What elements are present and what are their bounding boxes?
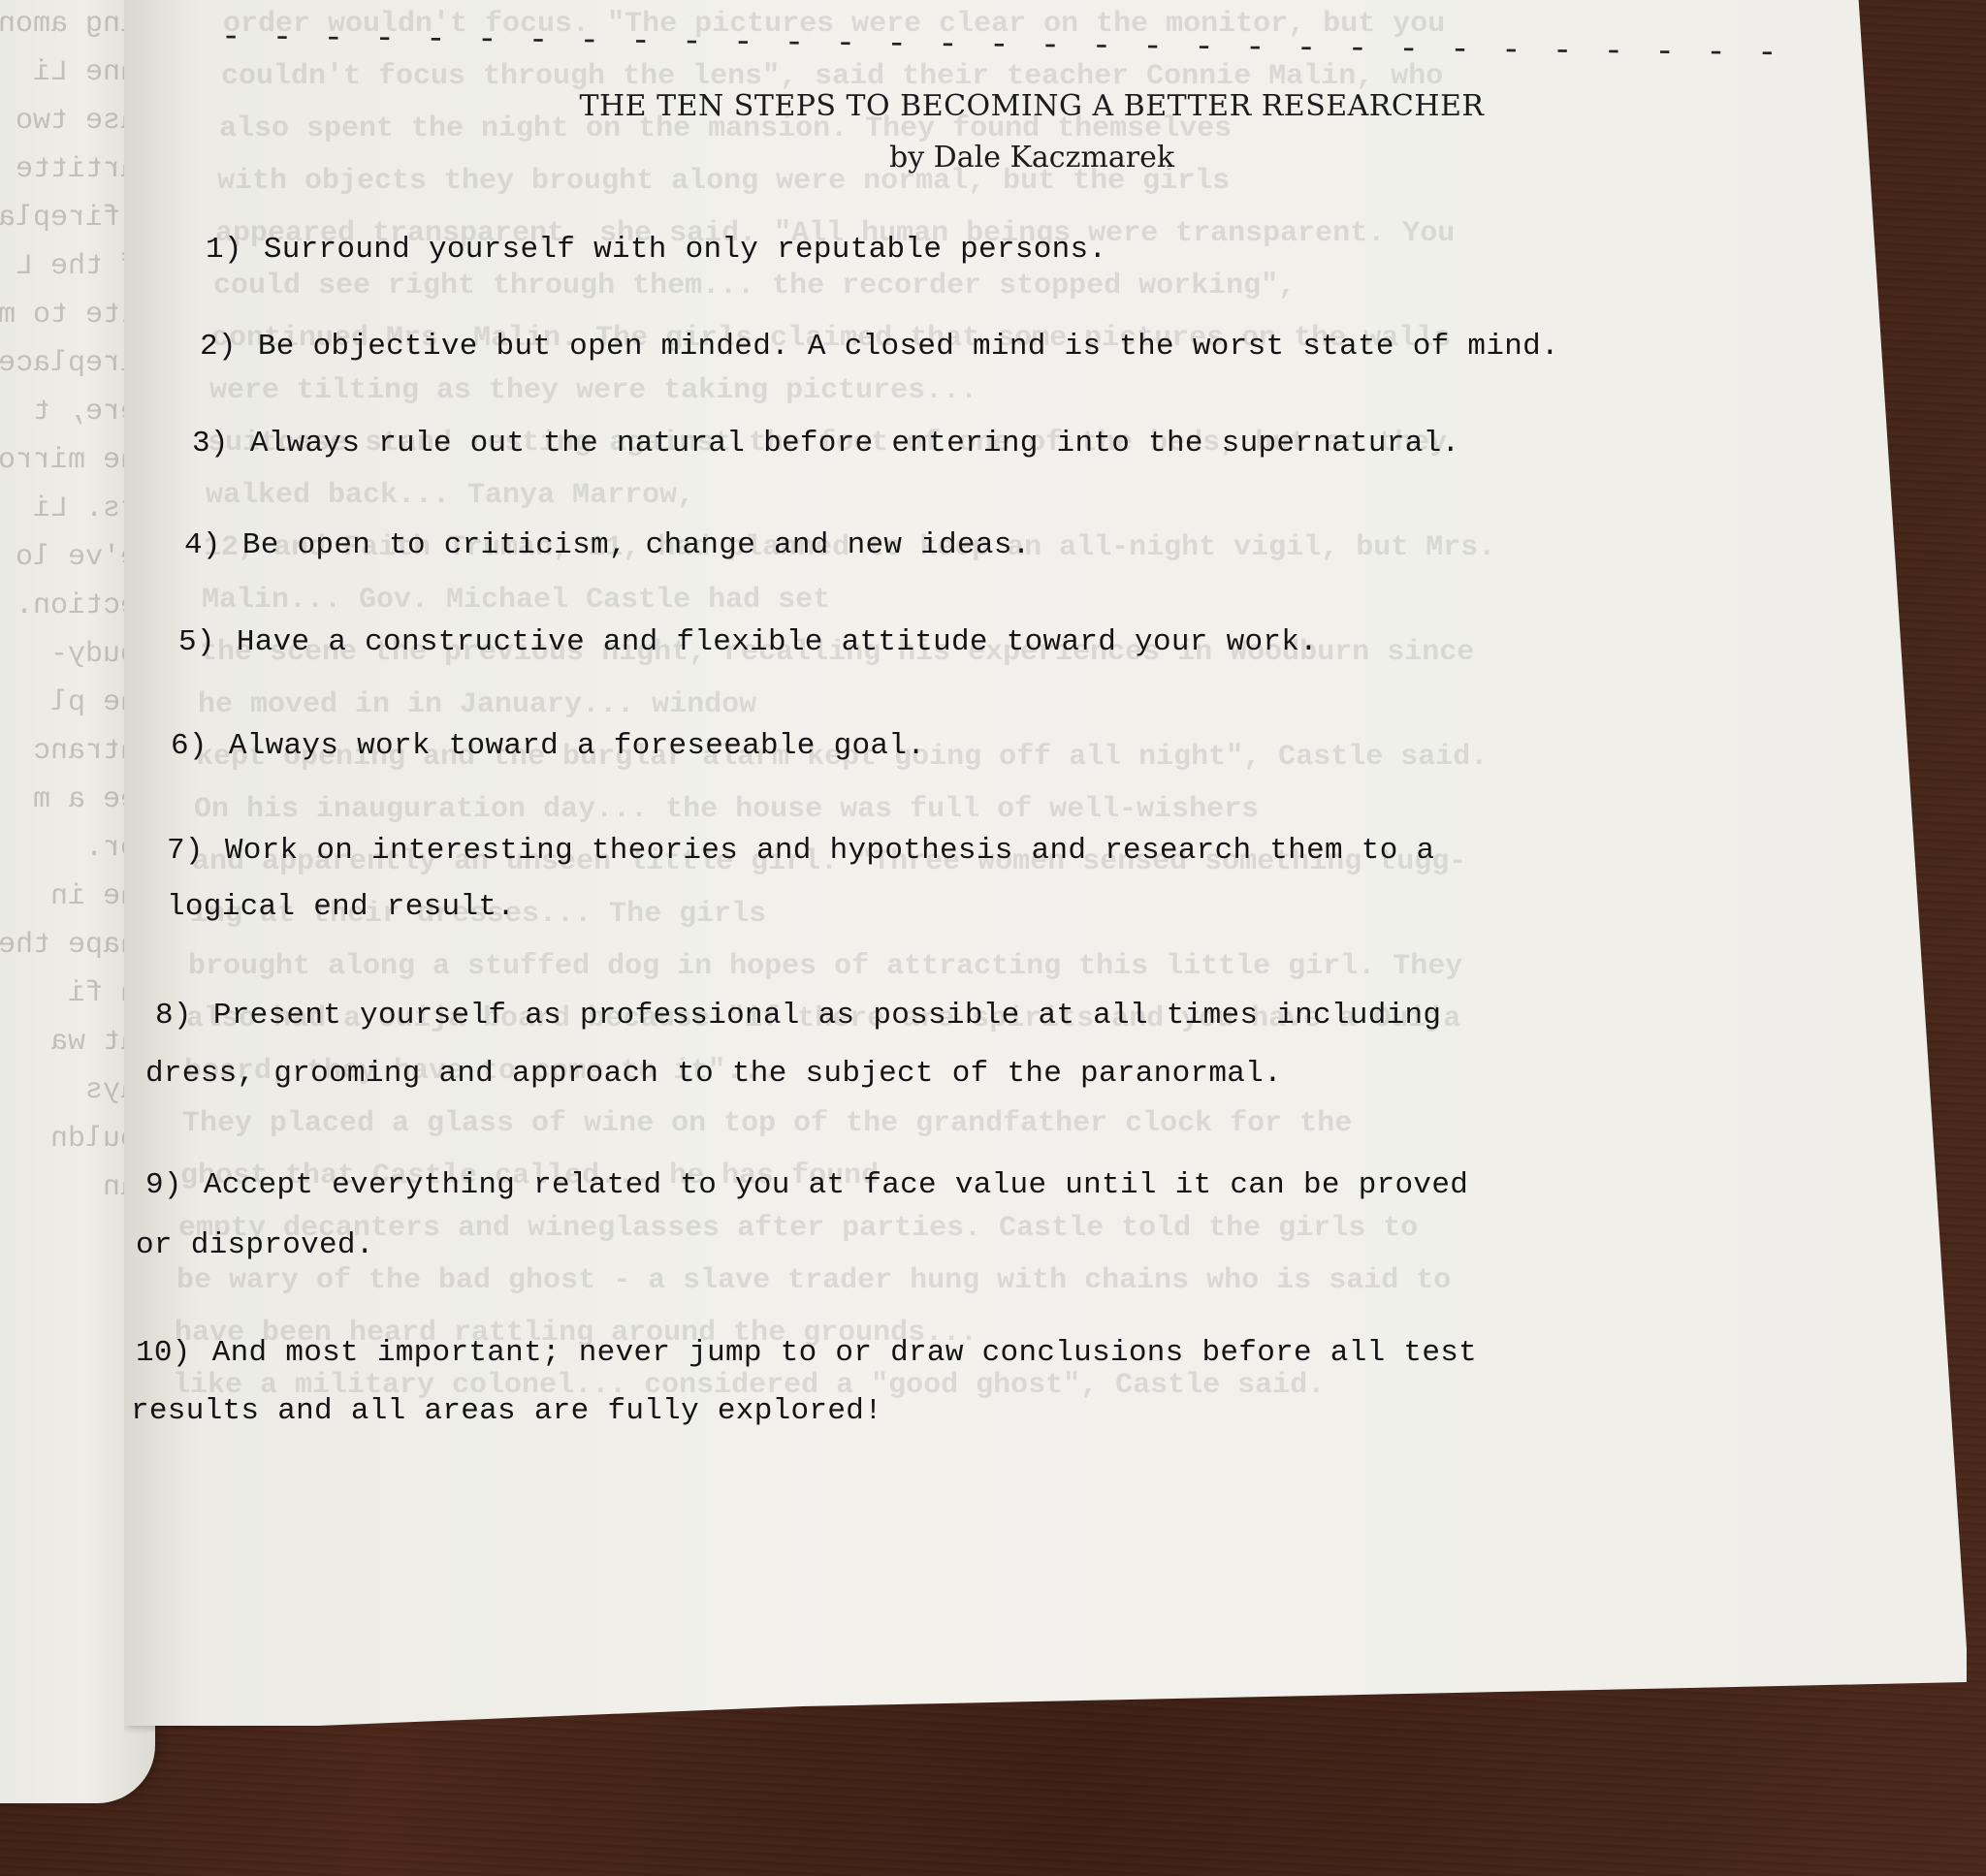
step-item: 2)Be objective but open minded. A closed… [200,330,1559,364]
step-item-continuation: results and all areas are fully explored… [131,1394,882,1428]
step-text: Work on interesting theories and hypothe… [225,834,1435,868]
step-number: 3) [192,427,229,461]
document-title: THE TEN STEPS TO BECOMING A BETTER RESEA… [39,89,1986,123]
step-item: 6)Always work toward a foreseeable goal. [171,729,925,763]
step-text: Always work toward a foreseeable goal. [229,729,925,763]
document-author: by Dale Kaczmarek [39,141,1986,175]
step-number: 9) [145,1168,182,1202]
bleed-through-line: Malin... Gov. Michael Castle had set [202,584,830,617]
bleed-through-line: could see right through them... the reco… [213,270,1296,302]
step-number: 6) [171,729,208,763]
step-text: Be open to criticism, change and new ide… [242,528,1031,562]
step-text: Always rule out the natural before enter… [250,427,1460,461]
step-number: 5) [178,625,215,659]
step-number: 10) [136,1336,191,1370]
step-text: Surround yourself with only reputable pe… [264,233,1107,267]
step-item: 5)Have a constructive and flexible attit… [178,625,1318,659]
step-item: 4)Be open to criticism, change and new i… [184,528,1031,562]
step-item: 3)Always rule out the natural before ent… [192,427,1459,461]
step-item-continuation: or disproved. [136,1228,374,1262]
step-item: 7)Work on interesting theories and hypot… [167,834,1434,868]
step-text: or disproved. [136,1228,374,1262]
bleed-through-line: On his inauguration day... the house was… [194,793,1259,826]
step-number: 8) [155,999,192,1033]
step-number: 2) [200,330,237,364]
bleed-through-line: They placed a glass of wine on top of th… [182,1107,1352,1140]
step-item-continuation: dress, grooming and approach to the subj… [145,1057,1282,1091]
step-item: 10)And most important; never jump to or … [136,1336,1477,1370]
bleed-through-line: be wary of the bad ghost - a slave trade… [176,1264,1451,1297]
step-text: logical end result. [167,890,515,924]
step-number: 1) [206,233,242,267]
step-number: 7) [167,834,204,868]
step-text: Accept everything related to you at face… [204,1168,1468,1202]
bleed-through-line: he moved in in January... window [198,688,756,721]
bleed-through-line: walked back... Tanya Marrow, [206,479,694,512]
step-text: Present yourself as professional as poss… [213,999,1442,1033]
step-item-continuation: logical end result. [167,890,515,924]
step-item: 9)Accept everything related to you at fa… [145,1168,1468,1202]
bleed-through-line: brought along a stuffed dog in hopes of … [188,950,1462,983]
step-text: results and all areas are fully explored… [131,1394,882,1428]
step-text: And most important; never jump to or dra… [212,1336,1477,1370]
bleed-through-line: were tilting as they were taking picture… [209,374,977,407]
step-number: 4) [184,528,221,562]
step-item: 8)Present yourself as professional as po… [155,999,1441,1033]
step-text: Be objective but open minded. A closed m… [258,330,1559,364]
step-text: Have a constructive and flexible attitud… [237,625,1318,659]
step-text: dress, grooming and approach to the subj… [145,1057,1282,1091]
step-item: 1)Surround yourself with only reputable … [206,233,1106,267]
